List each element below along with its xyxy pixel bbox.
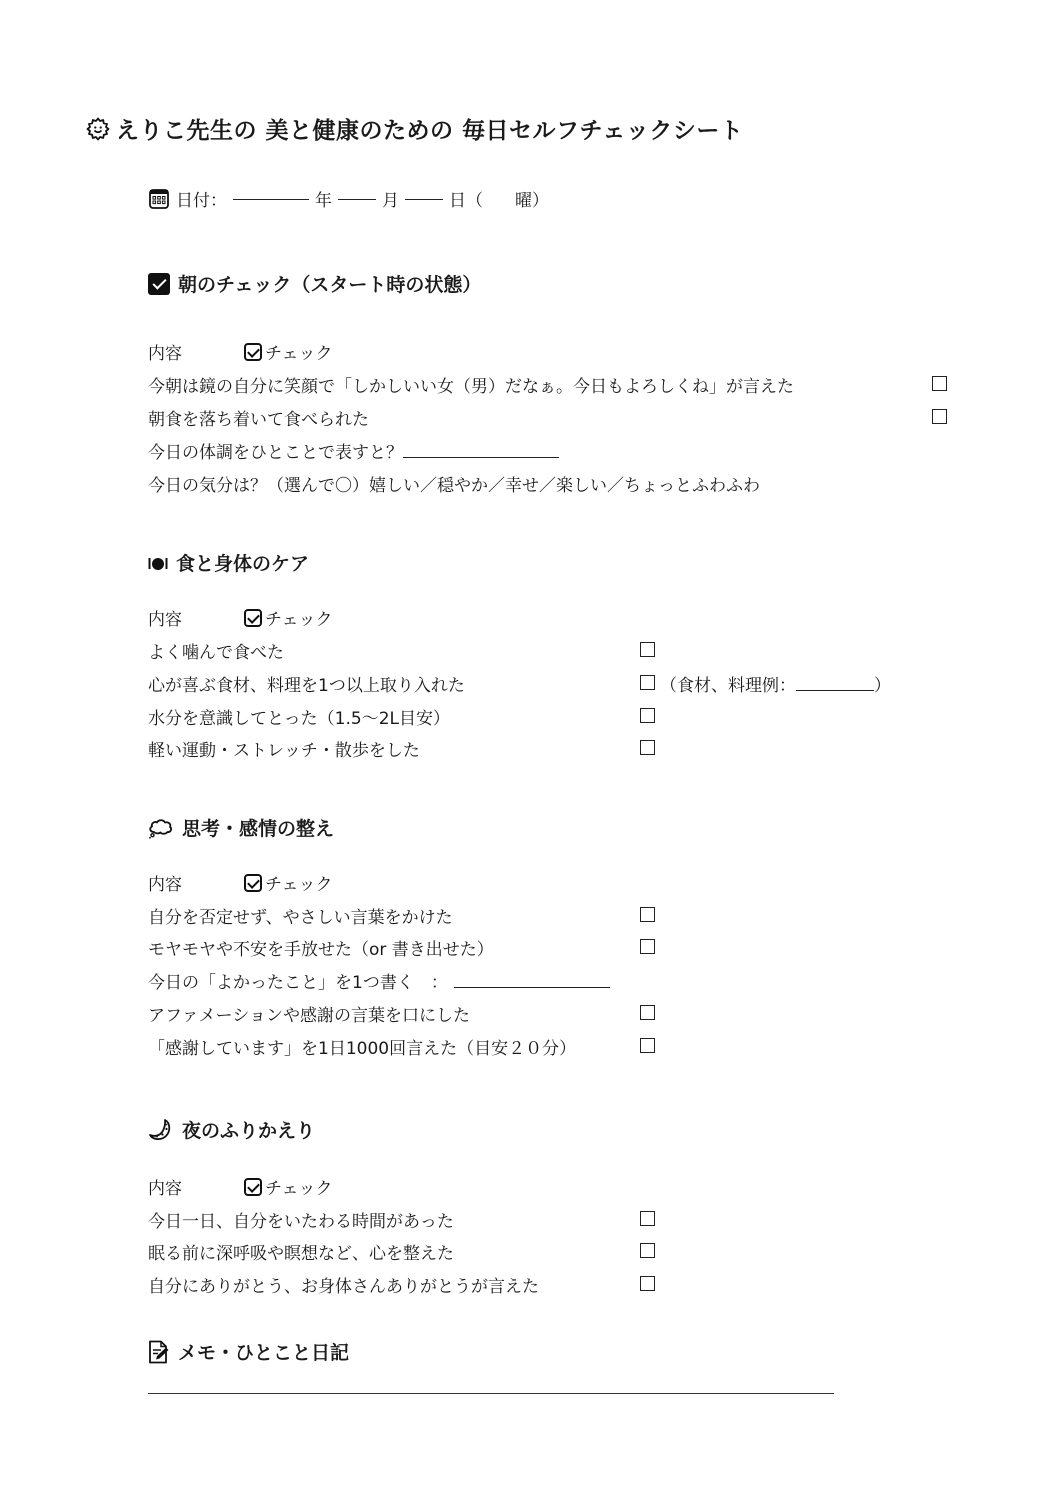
ingredient-note: （食材、料理例：） [660, 671, 891, 696]
checkbox[interactable] [640, 675, 655, 690]
memo-line[interactable] [148, 1392, 834, 1394]
condition-field[interactable] [403, 456, 559, 458]
checkbox[interactable] [640, 907, 655, 922]
year-field[interactable] [233, 198, 309, 200]
checkbox[interactable] [640, 1276, 655, 1291]
checkbox[interactable] [640, 939, 655, 954]
checkbox[interactable] [932, 376, 947, 391]
checkmark-box-icon [244, 343, 262, 361]
smiling-sun-icon [86, 117, 110, 141]
calendar-icon [148, 188, 170, 210]
checkmark-box-icon [244, 609, 262, 627]
thought-bubble-icon [148, 817, 174, 839]
checkbox[interactable] [640, 1005, 655, 1020]
list-item: 朝食を落ち着いて食べられた [148, 405, 369, 430]
checkbox[interactable] [640, 740, 655, 755]
checkbox[interactable] [932, 409, 947, 424]
list-item: モヤモヤや不安を手放せた（or 書き出せた） [148, 935, 494, 960]
list-item[interactable]: 今日の気分は？（選んで〇）嬉しい／穏やか／幸せ／楽しい／ちょっとふわふわ [148, 471, 760, 496]
list-item: 今日の「よかったこと」を1つ書く ： [148, 968, 610, 993]
checkmark-box-icon [244, 874, 262, 892]
checkmark-box-icon [244, 1178, 262, 1196]
checkbox[interactable] [640, 1243, 655, 1258]
date-row: 日付： 年 月 日（ 曜） [148, 186, 549, 211]
crescent-moon-icon [148, 1118, 174, 1142]
page-title: えりこ先生の 美と健康のための 毎日セルフチェックシート [86, 112, 743, 145]
section-heading-night: 夜のふりかえり [148, 1116, 315, 1143]
list-item: よく噛んで食べた [148, 638, 284, 663]
checkbox-filled-icon [148, 273, 170, 295]
ingredient-field[interactable] [796, 689, 874, 691]
month-field[interactable] [338, 198, 376, 200]
list-item: 自分にありがとう、お身体さんありがとうが言えた [148, 1272, 539, 1297]
section-heading-mind: 思考・感情の整え [148, 814, 334, 841]
checkbox[interactable] [640, 1211, 655, 1226]
list-item: 自分を否定せず、やさしい言葉をかけた [148, 903, 453, 928]
section-heading-food: 食と身体のケア [148, 549, 309, 576]
memo-pencil-icon [148, 1340, 170, 1364]
list-item: 眠る前に深呼吸や瞑想など、心を整えた [148, 1239, 454, 1264]
list-item: アファメーションや感謝の言葉を口にした [148, 1001, 470, 1026]
section-heading-morning: 朝のチェック（スタート時の状態） [148, 270, 481, 297]
date-label: 日付： [176, 186, 227, 211]
list-item: 今日一日、自分をいたわる時間があった [148, 1207, 454, 1232]
table-header: 内容 チェック [148, 870, 333, 895]
table-header: 内容 チェック [148, 605, 333, 630]
table-header: 内容 チェック [148, 1174, 333, 1199]
checkbox[interactable] [640, 708, 655, 723]
list-item: 今日の体調をひとことで表すと？ [148, 438, 559, 463]
list-item: 軽い運動・ストレッチ・散歩をした [148, 736, 420, 761]
plate-cutlery-icon [148, 555, 168, 571]
checkbox[interactable] [640, 1038, 655, 1053]
list-item: 今朝は鏡の自分に笑顔で「しかしいい女（男）だなぁ。今日もよろしくね」が言えた [148, 372, 794, 397]
list-item: 「感謝しています」を1日1000回言えた（目安２０分） [148, 1034, 576, 1059]
section-heading-memo: メモ・ひとこと日記 [148, 1338, 349, 1365]
good-thing-field[interactable] [454, 986, 610, 988]
checkbox[interactable] [640, 642, 655, 657]
list-item: 水分を意識してとった（1.5〜2L目安） [148, 704, 450, 729]
list-item: 心が喜ぶ食材、料理を1つ以上取り入れた [148, 671, 465, 696]
table-header: 内容 チェック [148, 339, 333, 364]
day-field[interactable] [405, 198, 443, 200]
